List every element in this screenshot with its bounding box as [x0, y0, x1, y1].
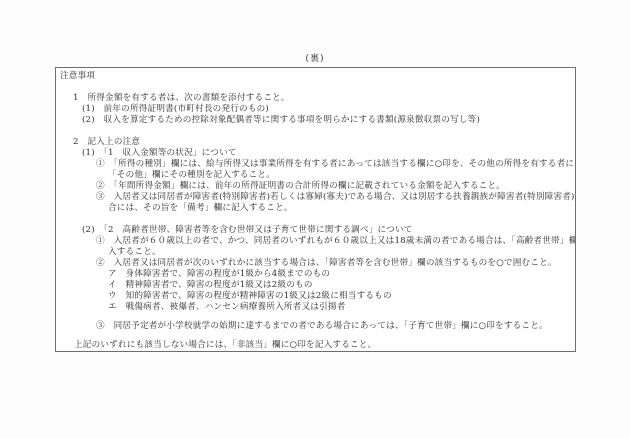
section2-sub1-item2: ② 「年間所得金額」欄には、前年の所得証明書の合計所得の欄に記載されている金額を… — [60, 181, 569, 192]
section2-sub2-item2-d: エ 戦傷病者、被爆者、ハンセン病療養所入所者又は引揚者 — [60, 302, 569, 313]
notice-title: 注意事項 — [60, 71, 569, 82]
section2-sub1-item3-line2: 合には、その旨を「備考」欄に記入すること。 — [60, 203, 569, 214]
section2-sub2-item1-line2: 入すること。 — [60, 247, 569, 258]
section2-sub2-item2-a: ア 身体障害者で、障害の程度が1級から4級までのもの — [60, 269, 569, 280]
section1-heading: 1 所得金額を有する者は、次の書類を添付すること。 — [60, 93, 569, 104]
section2-sub2-item2-c: ウ 知的障害者で、障害の程度が精神障害の1級又は2級に相当するもの — [60, 291, 569, 302]
section2-footer-note: 上記のいずれにも該当しない場合には、「非該当」欄に○印を記入すること。 — [60, 340, 569, 351]
section2-sub2-item2: ② 入居者又は同居者が次のいずれかに該当する場合は、「障害者等を含む世帯」欄の該… — [60, 258, 569, 269]
section1-item1: (1) 前年の所得証明書(市町村長の発行のもの) — [60, 104, 569, 115]
section2-sub1-item1-line2: 「その他」欄にその種別を記入すること。 — [60, 170, 569, 181]
section2-sub1-item3-line1: ③ 入居者又は同居者が障害者(特別障害者)若しくは寡婦(寡夫)である場合、又は別… — [60, 192, 569, 203]
section1-item2: (2) 収入を算定するための控除対象配偶者等に関する事項を明らかにする書類(源泉… — [60, 115, 569, 126]
section2-sub1-item1-line1: ① 「所得の種別」欄には、給与所得又は事業所得を有する者にあっては該当する欄に○… — [60, 159, 569, 170]
page-side-label: (裏) — [0, 51, 630, 64]
section2-sub2-item3: ③ 同居予定者が小学校就学の始期に達するまでの者である場合にあっては、「子育て世… — [60, 321, 569, 332]
section2-sub1-heading: (1) 「1 収入金額等の状況」について — [60, 148, 569, 159]
section2-heading: 2 記入上の注意 — [60, 137, 569, 148]
section2-sub2-heading: (2) 「2 高齢者世帯、障害者等を含む世帯又は子育て世帯に関する調べ」について — [60, 225, 569, 236]
document-page: (裏) 注意事項 1 所得金額を有する者は、次の書類を添付すること。 (1) 前… — [0, 0, 630, 439]
notice-box: 注意事項 1 所得金額を有する者は、次の書類を添付すること。 (1) 前年の所得… — [55, 67, 576, 352]
section2-sub2-item1-line1: ① 入居者が６０歳以上の者で、かつ、同居者のいずれもが６０歳以上又は18歳未満の… — [60, 236, 569, 247]
section2-sub2-item2-b: イ 精神障害者で、障害の程度が1級又は2級のもの — [60, 280, 569, 291]
